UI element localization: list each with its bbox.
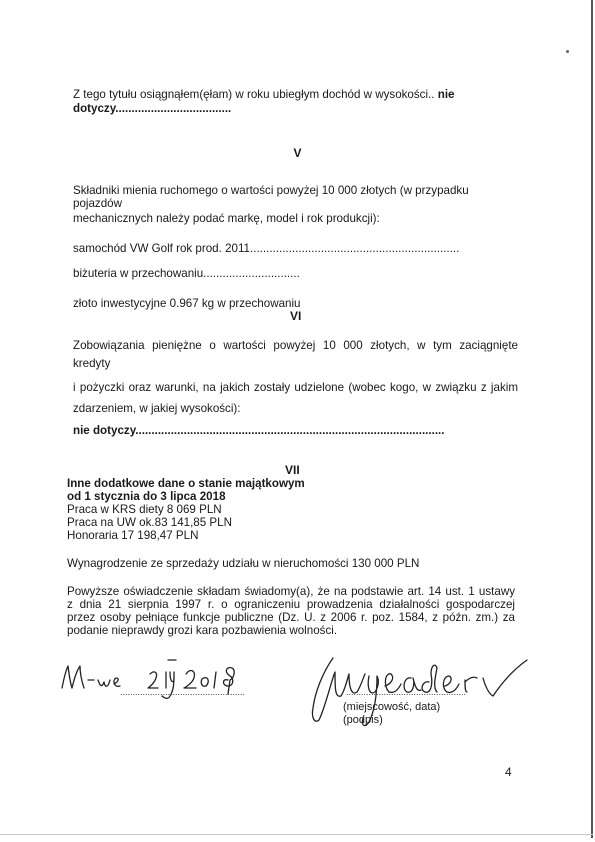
income-answer-part1: nie (438, 88, 455, 101)
declaration-line2: z dnia 21 sierpnia 1997 r. o ograniczeni… (67, 598, 515, 611)
page-number: 4 (505, 766, 512, 779)
scan-speck (566, 50, 569, 53)
section-v-intro-line1: Składniki mienia ruchomego o wartości po… (73, 184, 469, 197)
income-text-line: Z tego tytułu osiągnąłem(ęłam) w roku ub… (73, 88, 455, 101)
section-v-intro-line3: mechanicznych należy podać markę, model … (73, 212, 380, 225)
other-entry-krs: Praca w KRS diety 8 069 PLN (67, 503, 222, 516)
label-signature: (podpis) (343, 714, 383, 727)
other-entry-sale: Wynagrodzenie ze sprzedaży udziału w nie… (67, 557, 419, 570)
page-edge-bottom (0, 834, 593, 835)
declaration-line4: podanie nieprawdy grozi kara pozbawienia… (67, 624, 337, 637)
section-vii-title-line1: Inne dodatkowe dane o stanie majątkowym (67, 477, 305, 490)
section-vi-line3: i pożyczki oraz warunki, na jakich zosta… (73, 381, 518, 394)
section-v-heading: V (0, 147, 595, 160)
declaration-line1: Powyższe oświadczenie składam świadomy(a… (67, 585, 515, 598)
section-vi-line2: kredyty (73, 357, 110, 370)
handwritten-place-date: W-we 2 VII 2018 (58, 658, 258, 708)
liabilities-answer: nie dotyczy.............................… (73, 424, 445, 437)
other-entry-uw: Praca na UW ok.83 141,85 PLN (67, 516, 232, 529)
section-vii-heading: VII (285, 464, 300, 477)
section-vi-heading: VI (290, 310, 301, 323)
handwritten-signature (305, 652, 545, 732)
section-vi-line1: Zobowiązania pieniężne o wartości powyże… (73, 339, 518, 352)
income-answer-part2: dotyczy.................................… (73, 102, 231, 115)
declaration-line3: przez osoby pełniące funkcje publiczne (… (67, 611, 515, 624)
section-vi-line4: zdarzeniem, w jakiej wysokości): (73, 402, 241, 415)
asset-item-jewelry: biżuteria w przechowaniu................… (73, 267, 300, 280)
page-edge-right (591, 0, 593, 838)
section-v-intro-line2: pojazdów (73, 197, 122, 210)
label-place-date: (miejscowość, data) (343, 701, 440, 714)
section-vii-title-line2: od 1 stycznia do 3 lipca 2018 (67, 490, 226, 503)
asset-item-car: samochód VW Golf rok prod. 2011.........… (73, 242, 459, 255)
asset-item-gold: złoto inwestycyjne 0.967 kg w przechowan… (73, 297, 301, 310)
income-text: Z tego tytułu osiągnąłem(ęłam) w roku ub… (73, 88, 435, 101)
other-entry-honoraria: Honoraria 17 198,47 PLN (67, 529, 198, 542)
